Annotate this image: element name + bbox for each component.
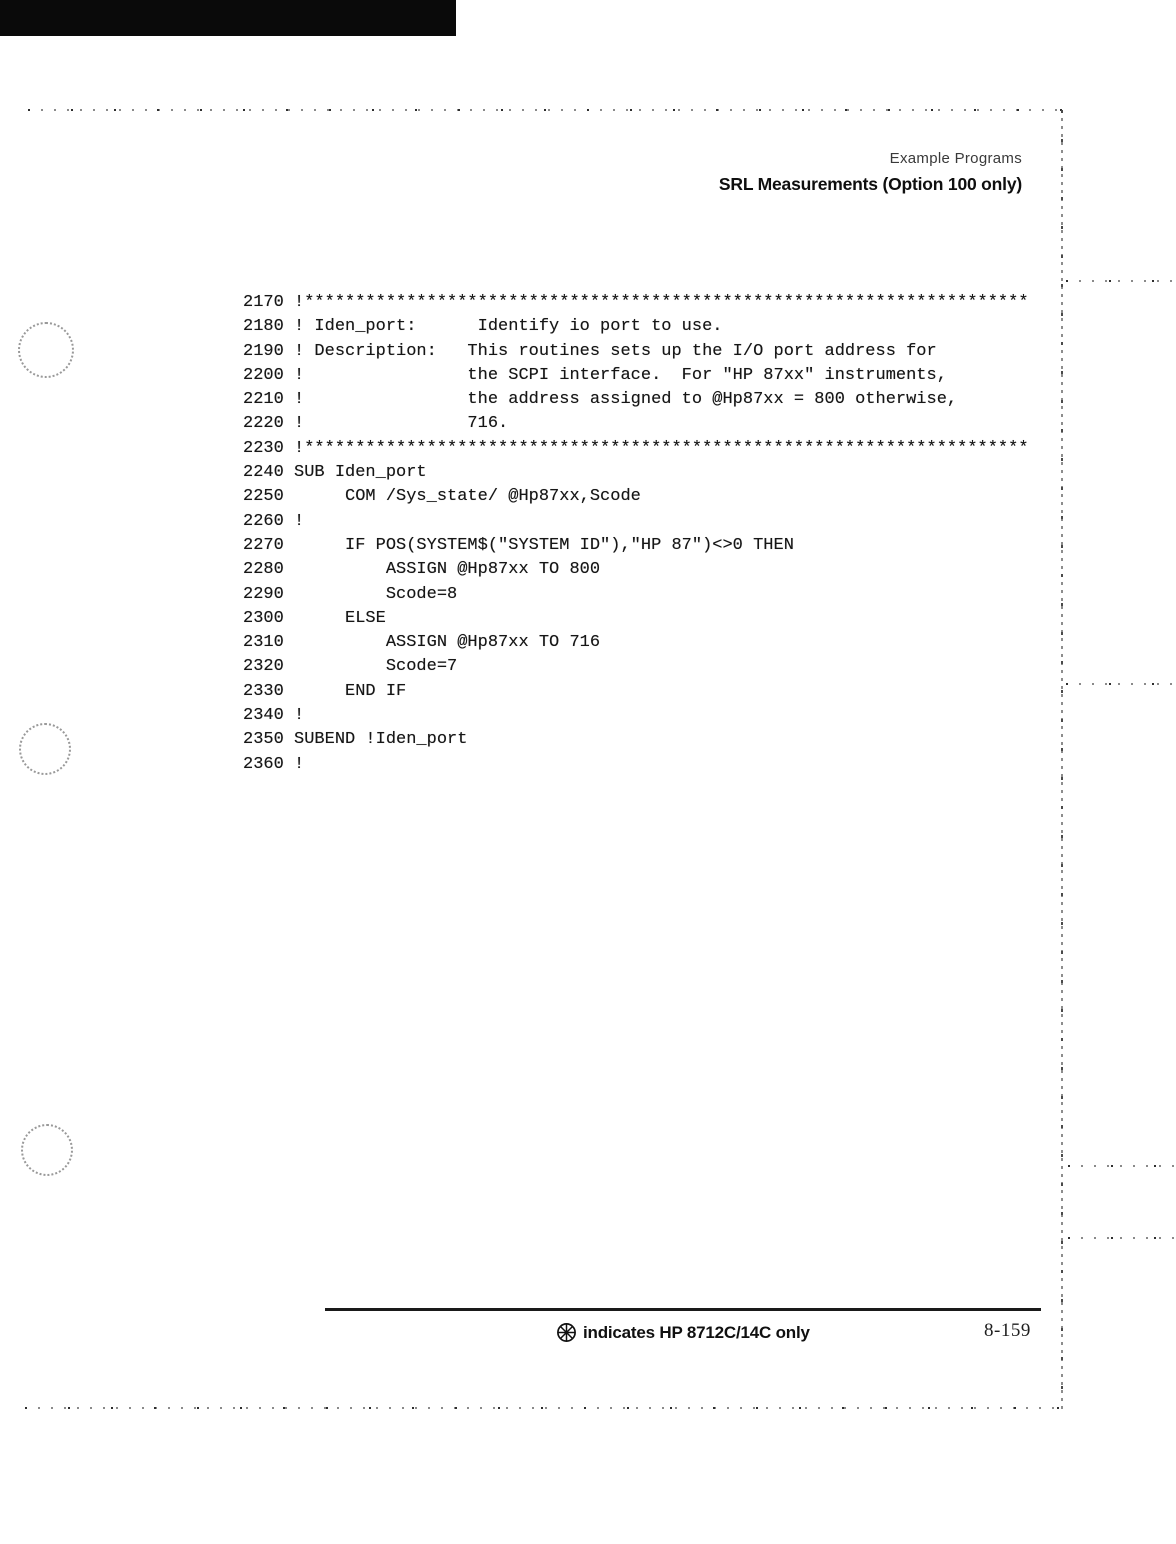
code-line: 2290 Scode=8 [243,583,1029,607]
code-listing: 2170 !**********************************… [243,291,1029,777]
code-line: 2280 ASSIGN @Hp87xx TO 800 [243,558,1029,582]
code-line: 2330 END IF [243,680,1029,704]
scanned-manual-page: Example Programs SRL Measurements (Optio… [0,0,1176,1544]
code-line: 2190 ! Description: This routines sets u… [243,340,1029,364]
punch-hole-middle [19,723,71,775]
code-line: 2250 COM /Sys_state/ @Hp87xx,Scode [243,485,1029,509]
page-edge-top [28,109,1064,111]
code-line: 2360 ! [243,753,1029,777]
code-line: 2300 ELSE [243,607,1029,631]
circled-asterisk-icon [556,1322,577,1343]
code-line: 2180 ! Iden_port: Identify io port to us… [243,315,1029,339]
footer-note-text: indicates HP 8712C/14C only [583,1323,810,1343]
code-line: 2320 Scode=7 [243,655,1029,679]
code-line: 2350 SUBEND !Iden_port [243,728,1029,752]
code-line: 2340 ! [243,704,1029,728]
footer-rule [325,1308,1041,1311]
chapter-label: Example Programs [719,150,1022,167]
code-line: 2200 ! the SCPI interface. For "HP 87xx"… [243,364,1029,388]
page-edge-bottom [25,1407,1063,1409]
page-number: 8-159 [984,1320,1031,1342]
punch-hole-top [18,322,74,378]
code-line: 2170 !**********************************… [243,291,1029,315]
code-line: 2310 ASSIGN @Hp87xx TO 716 [243,631,1029,655]
code-line: 2220 ! 716. [243,412,1029,436]
section-title: SRL Measurements (Option 100 only) [719,174,1022,195]
code-line: 2270 IF POS(SYSTEM$("SYSTEM ID"),"HP 87"… [243,534,1029,558]
code-line: 2210 ! the address assigned to @Hp87xx =… [243,388,1029,412]
tab-divider-edge-3 [1068,1165,1176,1167]
page-header: Example Programs SRL Measurements (Optio… [719,150,1022,195]
code-line: 2260 ! [243,510,1029,534]
code-line: 2230 !**********************************… [243,437,1029,461]
tab-divider-edge-4 [1068,1237,1176,1239]
punch-hole-bottom [21,1124,73,1176]
scan-black-bar-artifact [0,0,456,36]
footer-note: indicates HP 8712C/14C only [556,1322,810,1343]
tab-divider-edge-2 [1066,683,1176,685]
tab-divider-edge-1 [1066,280,1176,282]
code-line: 2240 SUB Iden_port [243,461,1029,485]
page-edge-right [1061,110,1063,1410]
